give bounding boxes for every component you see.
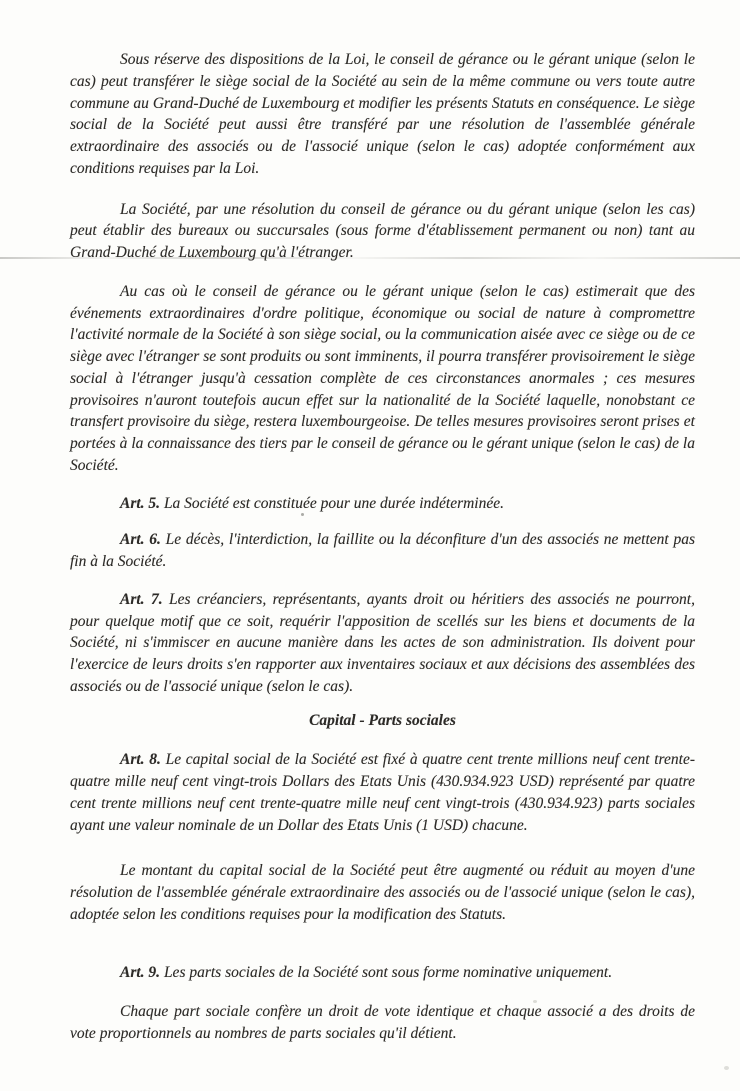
body-paragraph: Le montant du capital social de la Socié… <box>70 860 695 925</box>
article-number: Art. 7. <box>120 591 169 608</box>
article-paragraph: Art. 5. La Société est constituée pour u… <box>70 493 695 515</box>
article-paragraph: Art. 7. Les créanciers, représentants, a… <box>70 589 695 698</box>
intro-paragraphs-block: Sous réserve des dispositions de la Loi,… <box>70 49 695 698</box>
scan-speck <box>724 1066 729 1070</box>
article-paragraph: Art. 8. Le capital social de la Société … <box>70 749 695 836</box>
scan-speck <box>533 1000 537 1003</box>
article-number: Art. 5. <box>120 495 164 512</box>
article-paragraph: Art. 6. Le décès, l'interdiction, la fai… <box>70 529 695 573</box>
capital-section-paragraphs-block: Art. 8. Le capital social de la Société … <box>70 749 695 1045</box>
document-text-column: Sous réserve des dispositions de la Loi,… <box>0 0 740 1045</box>
scanned-document-page: Sous réserve des dispositions de la Loi,… <box>0 0 740 1091</box>
body-paragraph: Chaque part sociale confère un droit de … <box>70 1001 695 1045</box>
article-paragraph: Art. 9. Les parts sociales de la Société… <box>70 962 695 984</box>
body-paragraph: Sous réserve des dispositions de la Loi,… <box>70 49 695 180</box>
body-paragraph: Au cas où le conseil de gérance ou le gé… <box>70 281 695 477</box>
section-heading: Capital - Parts sociales <box>70 710 695 732</box>
article-number: Art. 6. <box>120 531 166 548</box>
body-paragraph: La Société, par une résolution du consei… <box>70 199 695 264</box>
article-number: Art. 8. <box>120 751 166 768</box>
article-number: Art. 9. <box>120 964 164 981</box>
scan-speck <box>301 513 304 516</box>
